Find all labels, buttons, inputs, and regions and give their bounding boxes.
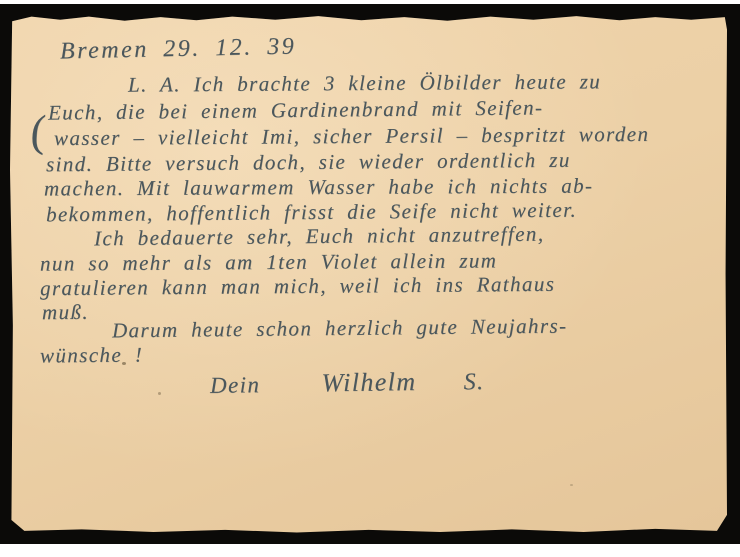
body-line-3: wasser – vielleicht Imi, sicher Persil –…	[54, 122, 650, 151]
dateline: Bremen 29. 12. 39	[60, 34, 297, 66]
postcard: Bremen 29. 12. 39 ( L. A. Ich brachte 3 …	[10, 14, 727, 533]
signature-salutation: Dein	[210, 372, 261, 398]
body-line-1: L. A. Ich brachte 3 kleine Ölbilder heut…	[128, 69, 601, 97]
signature-initial: S.	[463, 369, 484, 395]
body-line-2: Euch, die bei einem Gardinenbrand mit Se…	[48, 95, 544, 125]
photo-background: Bremen 29. 12. 39 ( L. A. Ich brachte 3 …	[0, 4, 740, 544]
body-line-4: sind. Bitte versuch doch, sie wieder ord…	[46, 148, 571, 178]
paper-speck	[570, 484, 573, 486]
paper-speck	[158, 392, 161, 395]
scan-page: { "document": { "kind": "handwritten pos…	[0, 0, 740, 557]
body-line-9: gratulieren kann man mich, weil ich ins …	[40, 272, 556, 301]
paper-speck	[122, 362, 126, 365]
signature-name: Wilhelm	[321, 367, 416, 397]
body-line-10: muß.	[42, 300, 89, 325]
body-line-7: Ich bedauerte sehr, Euch nicht anzutreff…	[94, 222, 545, 252]
body-line-11: Darum heute schon herzlich gute Neujahrs…	[112, 314, 568, 344]
signature-line: Dein Wilhelm S.	[210, 366, 485, 400]
body-line-12: wünsche !	[40, 343, 143, 369]
margin-parenthesis-mark: (	[27, 105, 48, 157]
